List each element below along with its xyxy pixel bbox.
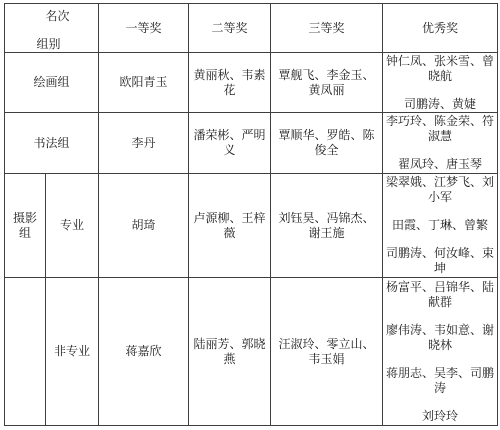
winner-names: 梁翠娥、江梦飞、刘小军 xyxy=(386,175,494,205)
second-prize-cell: 卢源柳、王梓薇 xyxy=(189,174,271,278)
winner-names: 刘玲玲 xyxy=(386,409,494,424)
first-prize-cell: 胡琦 xyxy=(99,174,189,278)
table-row: 书法组 李丹 潘荣彬、严明义 覃顺华、罗皓、陈俊全 李巧玲、陈金荣、符淑慧 翟凤… xyxy=(5,113,498,174)
subgroup-cell-nonprofessional: 非专业 xyxy=(46,278,99,426)
third-prize-cell: 汪淑玲、零立山、韦玉娟 xyxy=(271,278,383,426)
page: 名次 组别 一等奖 二等奖 三等奖 优秀奖 绘画组 欧阳青玉 黄丽秋、韦素花 覃… xyxy=(0,0,500,430)
table-row: 摄影组 专业 胡琦 卢源柳、王梓薇 刘钰昊、冯锦杰、谢王施 梁翠娥、江梦飞、刘小… xyxy=(5,174,498,278)
winner-names: 廖伟涛、韦如意、谢晓林 xyxy=(386,323,494,353)
winner-names: 钟仁凤、张米雪、曾晓航 xyxy=(386,54,494,84)
group-cell-painting: 绘画组 xyxy=(5,53,99,113)
excellence-prize-cell: 李巧玲、陈金荣、符淑慧 翟凤玲、唐玉琴 xyxy=(383,113,498,174)
excellence-prize-cell: 钟仁凤、张米雪、曾晓航 司鹏涛、黄婕 xyxy=(383,53,498,113)
first-prize-cell: 李丹 xyxy=(99,113,189,174)
second-prize-cell: 潘荣彬、严明义 xyxy=(189,113,271,174)
table-row: 绘画组 欧阳青玉 黄丽秋、韦素花 覃舰飞、李金玉、黄凤丽 钟仁凤、张米雪、曾晓航… xyxy=(5,53,498,113)
third-prize-cell: 覃舰飞、李金玉、黄凤丽 xyxy=(271,53,383,113)
group-cell-calligraphy: 书法组 xyxy=(5,113,99,174)
header-row: 名次 组别 一等奖 二等奖 三等奖 优秀奖 xyxy=(5,4,498,53)
awards-table: 名次 组别 一等奖 二等奖 三等奖 优秀奖 绘画组 欧阳青玉 黄丽秋、韦素花 覃… xyxy=(4,3,498,426)
winner-names: 司鹏涛、何汝峰、束坤 xyxy=(386,246,494,276)
winner-names: 蒋朋志、吴李、司鹏涛 xyxy=(386,366,494,396)
excellence-prize-cell: 杨富平、吕锦华、陆献群 廖伟涛、韦如意、谢晓林 蒋朋志、吴李、司鹏涛 刘玲玲 xyxy=(383,278,498,426)
winner-names: 李巧玲、陈金荣、符淑慧 xyxy=(386,114,494,144)
corner-label-group: 组别 xyxy=(8,37,95,52)
group-cell-photography: 摄影组 xyxy=(5,174,46,278)
second-prize-cell: 黄丽秋、韦素花 xyxy=(189,53,271,113)
first-prize-cell: 欧阳青玉 xyxy=(99,53,189,113)
winner-names: 司鹏涛、黄婕 xyxy=(386,97,494,112)
header-cell-excellence-prize: 优秀奖 xyxy=(383,4,498,53)
third-prize-cell: 覃顺华、罗皓、陈俊全 xyxy=(271,113,383,174)
winner-names: 田霞、丁琳、曾繁 xyxy=(386,218,494,233)
first-prize-cell: 蒋嘉欣 xyxy=(99,278,189,426)
winner-names: 翟凤玲、唐玉琴 xyxy=(386,157,494,172)
second-prize-cell: 陆丽芳、郭晓燕 xyxy=(189,278,271,426)
header-cell-second-prize: 二等奖 xyxy=(189,4,271,53)
table-row: 非专业 蒋嘉欣 陆丽芳、郭晓燕 汪淑玲、零立山、韦玉娟 杨富平、吕锦华、陆献群 … xyxy=(5,278,498,426)
excellence-prize-cell: 梁翠娥、江梦飞、刘小军 田霞、丁琳、曾繁 司鹏涛、何汝峰、束坤 xyxy=(383,174,498,278)
corner-label-rank: 名次 xyxy=(8,9,95,24)
header-cell-first-prize: 一等奖 xyxy=(99,4,189,53)
third-prize-cell: 刘钰昊、冯锦杰、谢王施 xyxy=(271,174,383,278)
group-cell-empty xyxy=(5,278,46,426)
winner-names: 杨富平、吕锦华、陆献群 xyxy=(386,280,494,310)
subgroup-cell-professional: 专业 xyxy=(46,174,99,278)
header-corner-cell: 名次 组别 xyxy=(5,4,99,53)
header-cell-third-prize: 三等奖 xyxy=(271,4,383,53)
